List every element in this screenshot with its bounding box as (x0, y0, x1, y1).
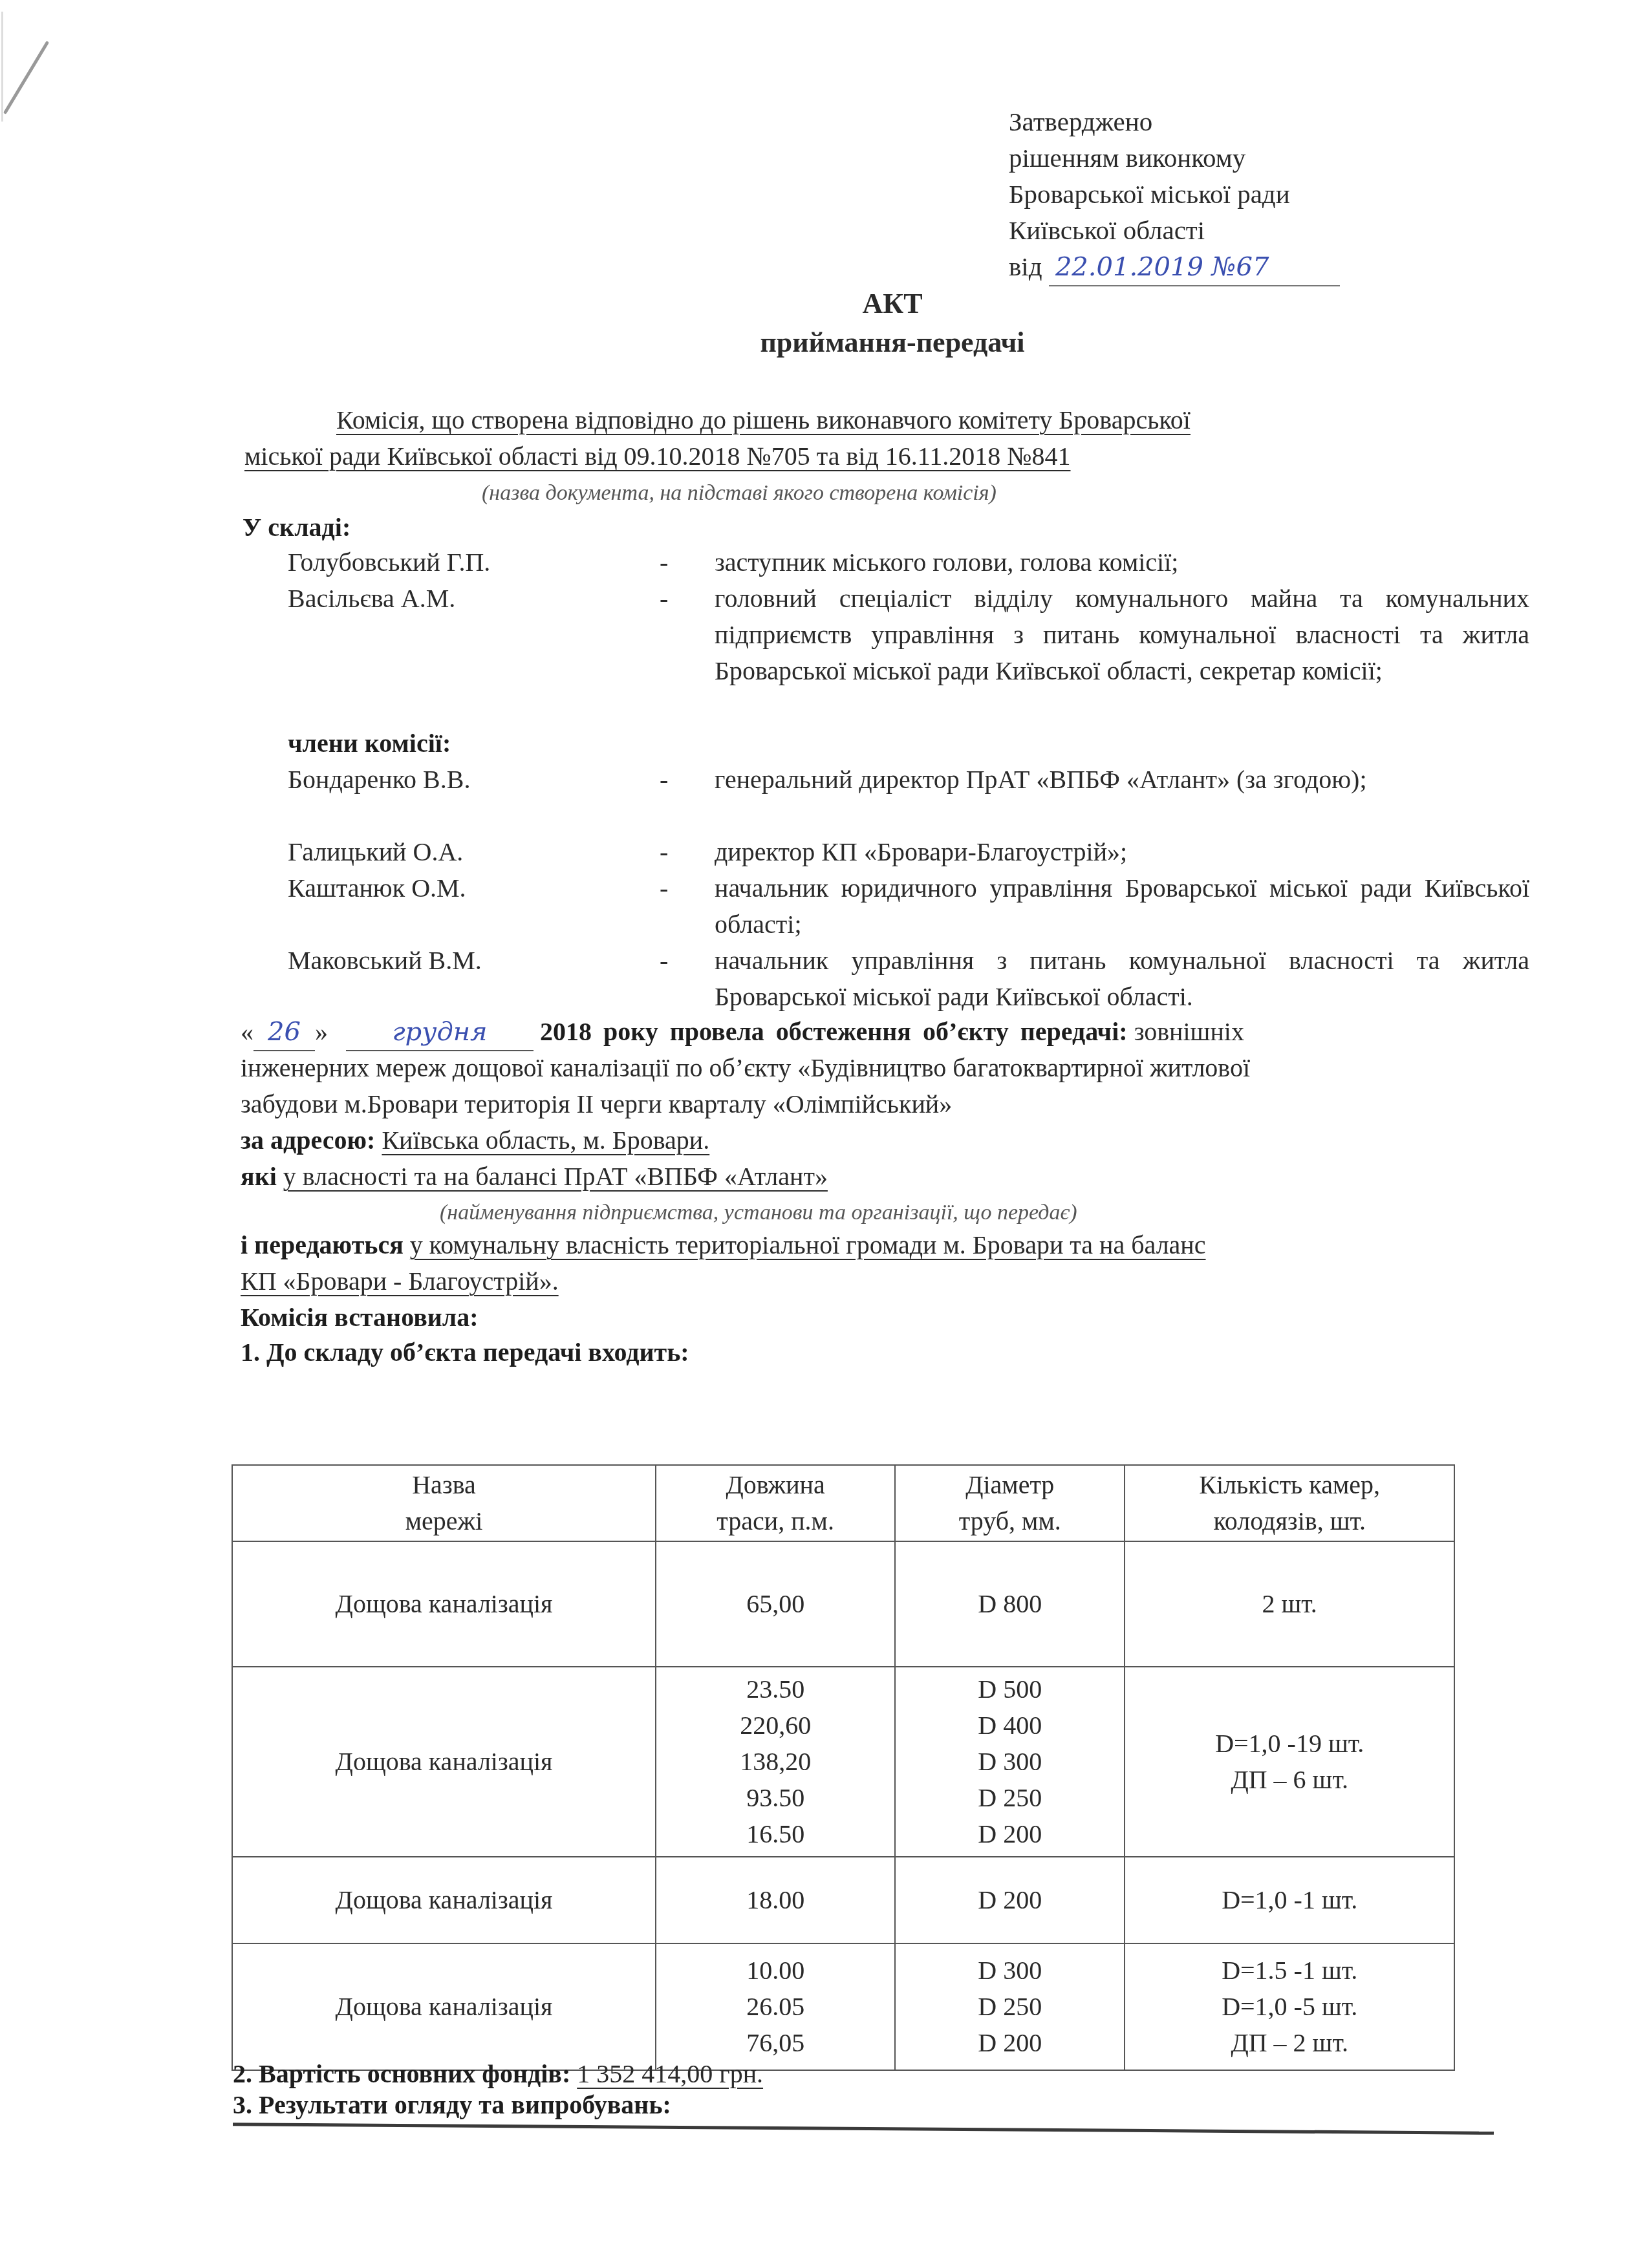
member-role: начальник управління з питань комунально… (715, 943, 1529, 1015)
transfer-value-2: КП «Бровари - Благоустрій». (241, 1263, 559, 1300)
cell-length: 18.00 (656, 1857, 895, 1943)
cell-chambers: D=1.5 -1 шт.D=1,0 -5 шт.ДП – 2 шт. (1125, 1943, 1454, 2070)
member-name: Васільєва А.М. (288, 581, 455, 617)
cell-network-name: Дощова каналізація (232, 1943, 656, 2070)
network-table: Назвамережі Довжинатраси, п.м. Діаметртр… (232, 1464, 1455, 2071)
inspection-line-1: «26» грудня 2018 року провела обстеження… (241, 1014, 1534, 1051)
commission-line-1: Комісія, що створена відповідно до рішен… (336, 402, 1191, 438)
quote-open: « (241, 1017, 253, 1046)
quote-close: » (315, 1017, 328, 1046)
member-name: Маковський В.М. (288, 943, 482, 979)
table-row: Дощова каналізація10.0026.0576,05D 300D … (232, 1943, 1454, 2070)
cell-diameter: D 300D 250D 200 (895, 1943, 1125, 2070)
member-name: Бондаренко В.В. (288, 762, 470, 798)
table-row: Дощова каналізація18.00D 200D=1,0 -1 шт. (232, 1857, 1454, 1943)
cell-network-name: Дощова каналізація (232, 1857, 656, 1943)
cell-diameter: D 200 (895, 1857, 1125, 1943)
header-network-name: Назвамережі (232, 1465, 656, 1541)
cell-length: 65,00 (656, 1541, 895, 1667)
member-name: Каштанюк О.М. (288, 870, 466, 906)
document-title: АКТ приймання-передачі (0, 284, 1649, 362)
approval-date-handwritten: 22.01.2019 №67 (1055, 252, 1269, 282)
address-label: за адресою: (241, 1126, 375, 1155)
owner-row: які у власності та на балансі ПрАТ «ВПБФ… (241, 1159, 828, 1195)
owner-value: у власності та на балансі ПрАТ «ВПБФ «Ат… (283, 1162, 828, 1191)
member-dash: - (660, 544, 668, 581)
member-role: генеральний директор ПрАТ «ВПБФ «Атлант»… (715, 762, 1529, 798)
header-chambers: Кількість камер,колодязів, шт. (1125, 1465, 1454, 1541)
inspection-heading: 2018 року провела обстеження об’єкту пер… (540, 1017, 1128, 1046)
title-sub: приймання-передачі (0, 323, 1649, 362)
approval-line: Київської області (1009, 212, 1340, 248)
section-3-rule (233, 2123, 1494, 2135)
table-header-row: Назвамережі Довжинатраси, п.м. Діаметртр… (232, 1465, 1454, 1541)
header-diameter: Діаметртруб, мм. (895, 1465, 1125, 1541)
inspection-day-handwritten: 26 (268, 1017, 301, 1047)
cell-network-name: Дощова каналізація (232, 1667, 656, 1857)
transfer-row: і передаються у комунальну власність тер… (241, 1227, 1206, 1263)
approval-line: рішенням виконкому (1009, 140, 1340, 176)
cell-diameter: D 800 (895, 1541, 1125, 1667)
cell-chambers: D=1,0 -19 шт.ДП – 6 шт. (1125, 1667, 1454, 1857)
member-dash: - (660, 943, 668, 979)
member-role: головний спеціаліст відділу комунального… (715, 581, 1529, 689)
scan-edge-mark (1, 12, 3, 122)
member-dash: - (660, 870, 668, 906)
owner-label: які (241, 1162, 277, 1191)
member-dash: - (660, 581, 668, 617)
approval-line: Броварської міської ради (1009, 176, 1340, 212)
address-value: Київська область, м. Бровари. (382, 1126, 709, 1155)
cell-network-name: Дощова каналізація (232, 1541, 656, 1667)
pen-stroke-mark (3, 41, 49, 114)
table-row: Дощова каналізація65,00D 8002 шт. (232, 1541, 1454, 1667)
composition-label: У складі: (242, 509, 350, 546)
cell-length: 10.0026.0576,05 (656, 1943, 895, 2070)
header-length: Довжинатраси, п.м. (656, 1465, 895, 1541)
member-role: директор КП «Бровари-Благоустрій»; (715, 834, 1529, 870)
cell-length: 23.50220,60138,2093.5016.50 (656, 1667, 895, 1857)
commission-line-2: міської ради Київської області від 09.10… (244, 438, 1071, 475)
address-row: за адресою: Київська область, м. Бровари… (241, 1122, 709, 1159)
owner-caption: (найменування підприємства, установи та … (440, 1195, 1077, 1231)
member-dash: - (660, 834, 668, 870)
member-dash: - (660, 762, 668, 798)
inspection-month-handwritten: грудня (392, 1017, 487, 1047)
members-label: члени комісії: (288, 725, 451, 762)
approval-line: Затверджено (1009, 103, 1340, 140)
cell-chambers: D=1,0 -1 шт. (1125, 1857, 1454, 1943)
member-role: заступник міського голови, голова комісі… (715, 544, 1529, 581)
member-name: Галицький О.А. (288, 834, 463, 870)
section-2-label: 2. Вартість основних фондів: (233, 2059, 570, 2088)
table-row: Дощова каналізація23.50220,60138,2093.50… (232, 1667, 1454, 1857)
inspection-line-2: інженерних мереж дощової каналізації по … (241, 1050, 1250, 1086)
approval-date-prefix: від (1009, 251, 1042, 281)
section-1-label: 1. До складу об’єкта передачі входить: (241, 1334, 689, 1371)
transfer-label: і передаються (241, 1230, 404, 1259)
title-main: АКТ (0, 284, 1649, 323)
section-3-label: 3. Результати огляду та випробувань: (233, 2087, 671, 2123)
established-label: Комісія встановила: (241, 1300, 479, 1336)
member-name: Голубовський Г.П. (288, 544, 490, 581)
transfer-value-1: у комунальну власність територіальної гр… (410, 1230, 1206, 1259)
cell-diameter: D 500D 400D 300D 250D 200 (895, 1667, 1125, 1857)
inspection-object-start: зовнішніх (1128, 1017, 1244, 1046)
member-role: начальник юридичного управління Броварсь… (715, 870, 1529, 943)
approval-date-row: від 22.01.2019 №67 (1009, 248, 1340, 286)
inspection-line-3: забудови м.Бровари територія ІІ черги кв… (241, 1086, 952, 1122)
approval-stamp-block: Затверджено рішенням виконкому Броварськ… (1009, 103, 1340, 286)
cell-chambers: 2 шт. (1125, 1541, 1454, 1667)
commission-caption: (назва документа, на підставі якого ство… (482, 475, 997, 511)
fixed-assets-value: 1 352 414,00 грн. (577, 2059, 763, 2088)
